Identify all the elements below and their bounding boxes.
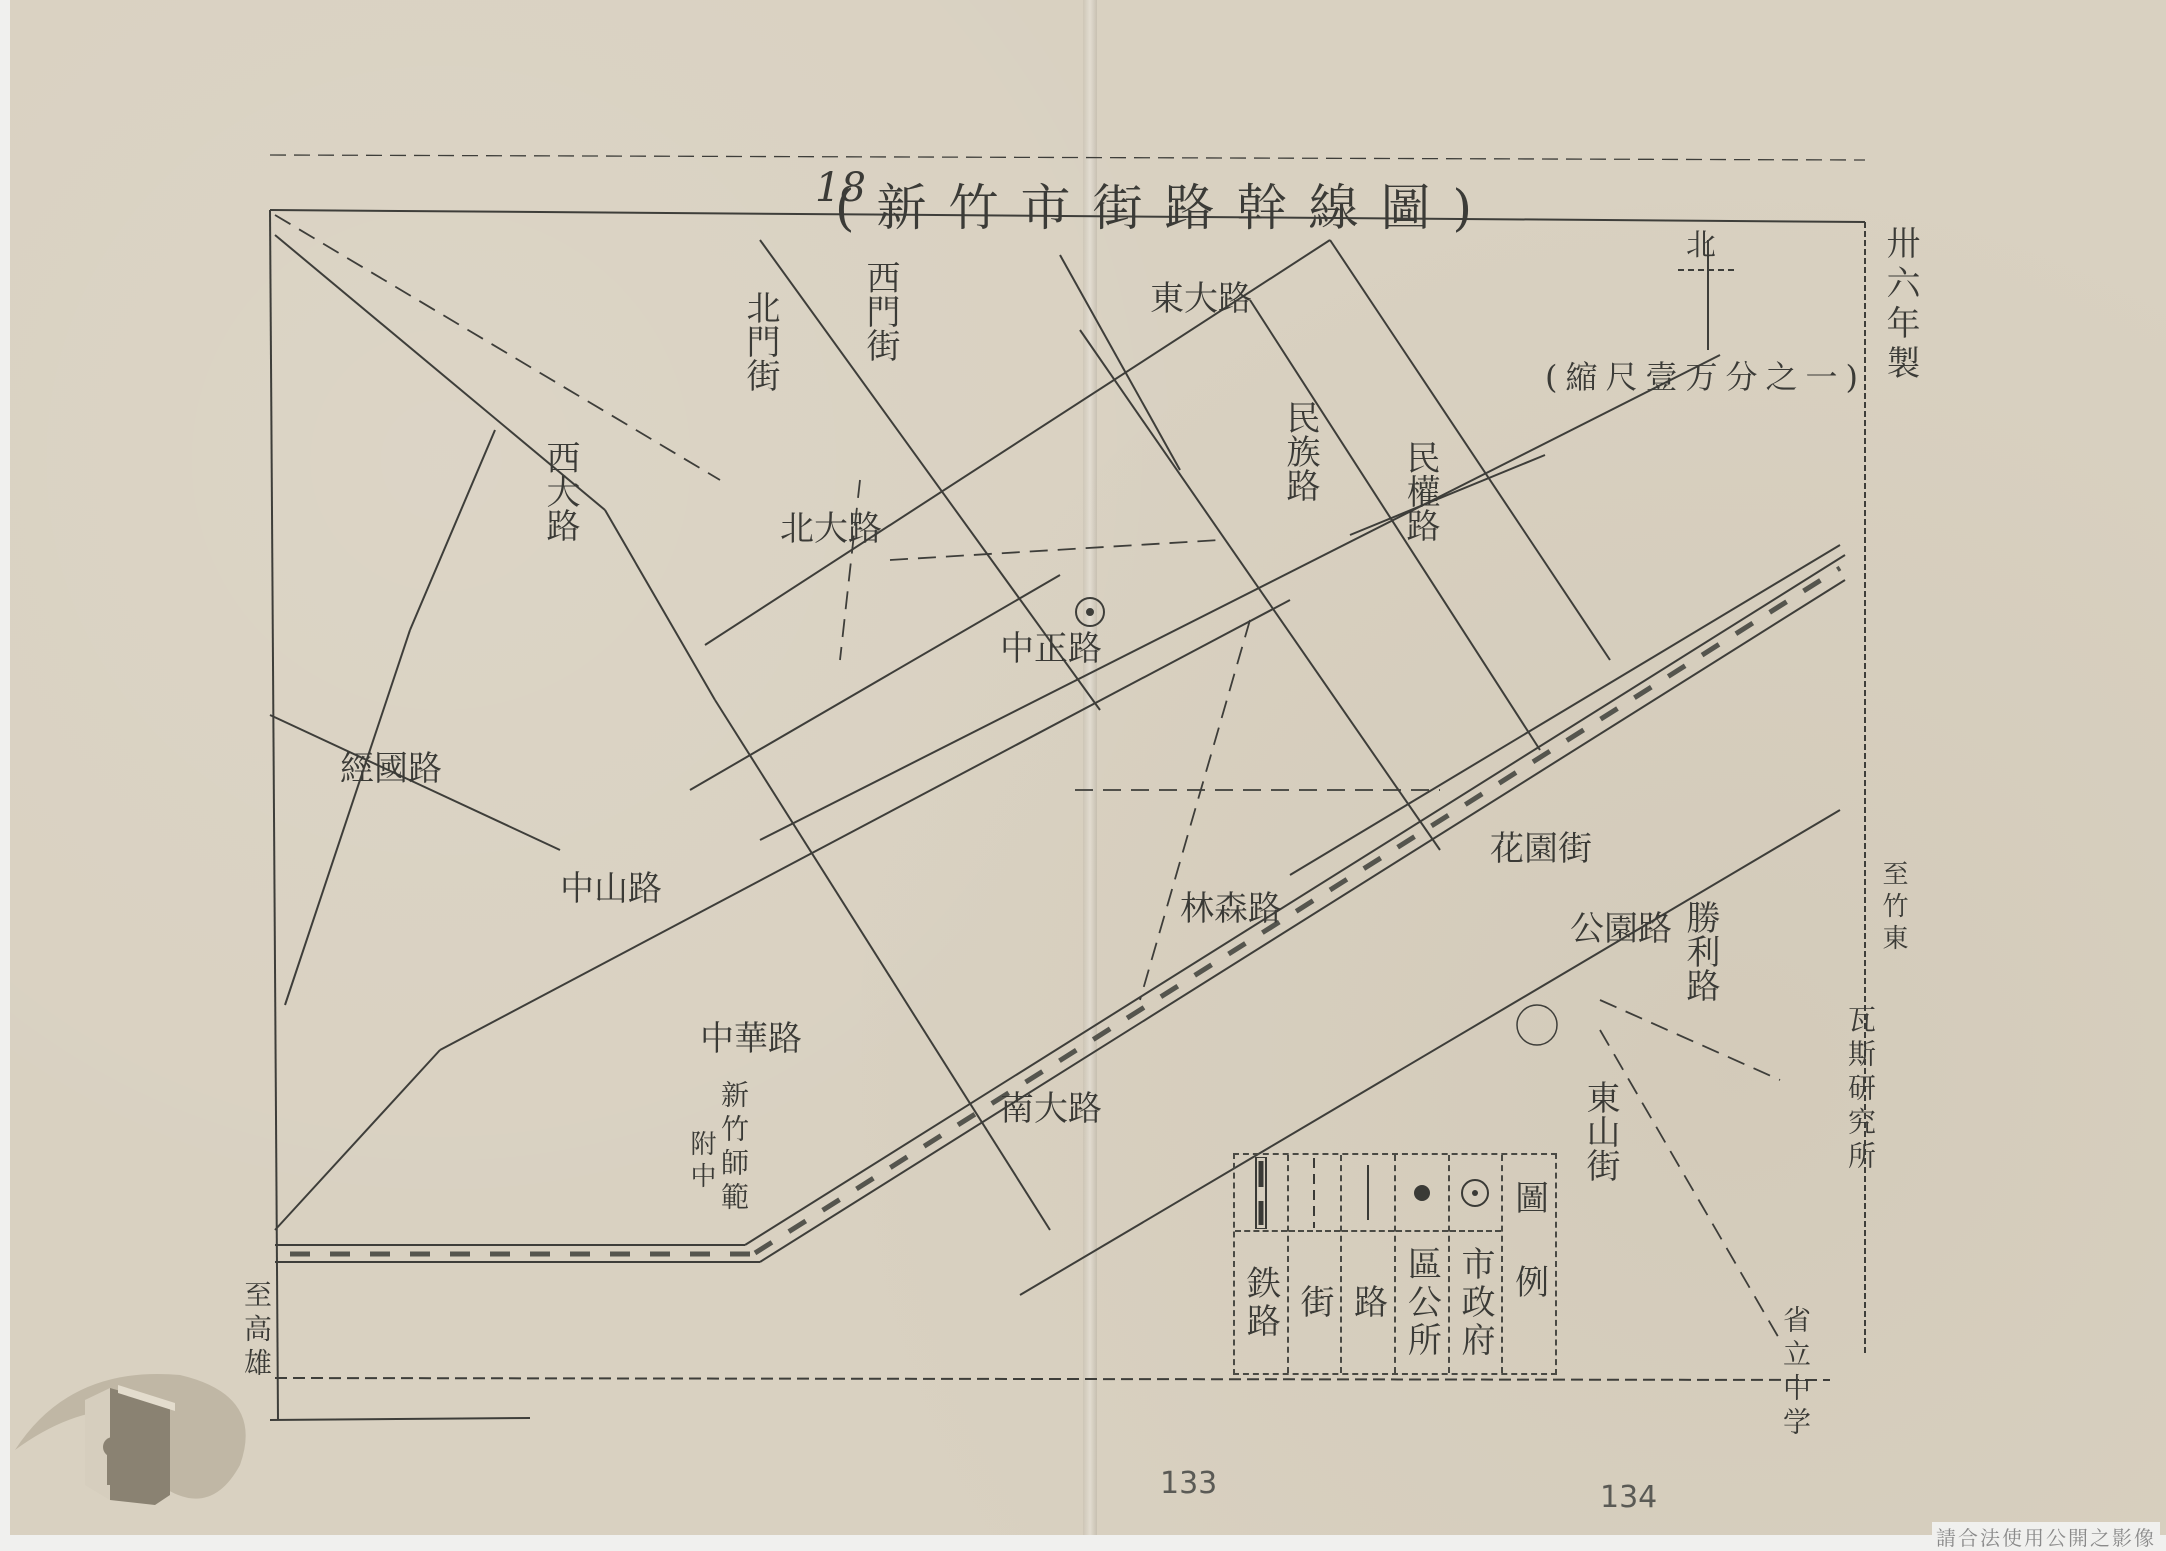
svg-text:經國路: 經國路 bbox=[340, 749, 442, 789]
svg-text:中山路: 中山路 bbox=[560, 869, 662, 909]
svg-text:東大路: 東大路 bbox=[1150, 279, 1252, 319]
year-made-label: 卅六年製 bbox=[1876, 225, 1925, 385]
svg-text:中正路: 中正路 bbox=[1000, 629, 1102, 669]
legend-heading: 圖例 bbox=[1505, 1155, 1554, 1373]
provincial-school-label: 省立中学 bbox=[1775, 1305, 1815, 1441]
circle-dot-icon bbox=[1458, 1176, 1492, 1210]
page-number-left: 133 bbox=[1160, 1466, 1217, 1501]
normal-school-affiliated-label: 附中 bbox=[683, 1130, 720, 1194]
filled-dot-icon bbox=[1410, 1181, 1434, 1205]
dashed-line-icon bbox=[1309, 1158, 1319, 1228]
north-label: 北 bbox=[1686, 220, 1716, 264]
svg-text:北大路: 北大路 bbox=[780, 509, 882, 549]
frame-left bbox=[270, 210, 278, 1420]
scale-label: (縮尺壹万分之一) bbox=[1545, 352, 1866, 398]
usage-watermark: 請合法使用公開之影像 bbox=[1932, 1522, 2160, 1551]
legend-item-road: 路 bbox=[1340, 1155, 1394, 1373]
svg-text:東山街: 東山街 bbox=[1580, 1080, 1620, 1182]
svg-text:勝利路: 勝利路 bbox=[1680, 900, 1720, 1002]
page-number-right: 134 bbox=[1600, 1480, 1657, 1515]
legend-item-street: 街 bbox=[1287, 1155, 1341, 1373]
legend-item-district-office: 區公所 bbox=[1394, 1155, 1448, 1373]
railway-icon bbox=[1253, 1157, 1269, 1229]
svg-text:民族路: 民族路 bbox=[1280, 400, 1320, 502]
legend-item-railway: 鉄路 bbox=[1235, 1155, 1287, 1373]
svg-text:南大路: 南大路 bbox=[1000, 1089, 1102, 1129]
legend-item-city-government: 市政府 bbox=[1448, 1155, 1502, 1373]
svg-text:中華路: 中華路 bbox=[700, 1019, 802, 1059]
svg-text:花園街: 花園街 bbox=[1490, 829, 1592, 869]
map-legend: 圖例 市政府 區公所 路 街 鉄路 bbox=[1233, 1153, 1557, 1375]
svg-text:林森路: 林森路 bbox=[1180, 889, 1282, 929]
archive-logo-icon bbox=[10, 1355, 250, 1525]
legend-heading-col: 圖例 bbox=[1501, 1155, 1555, 1373]
svg-text:西大路: 西大路 bbox=[540, 440, 580, 542]
to-zhudong-label: 至竹東 bbox=[1875, 860, 1912, 956]
map-title: (新竹市街路幹線圖) bbox=[835, 168, 1494, 240]
svg-text:西門街: 西門街 bbox=[860, 260, 900, 362]
solid-line-icon bbox=[1363, 1165, 1373, 1220]
svg-text:民權路: 民權路 bbox=[1400, 440, 1440, 542]
svg-text:公園路: 公園路 bbox=[1570, 909, 1672, 949]
gas-institute-label: 瓦斯研究所 bbox=[1840, 1005, 1880, 1175]
svg-text:北門街: 北門街 bbox=[740, 290, 780, 392]
